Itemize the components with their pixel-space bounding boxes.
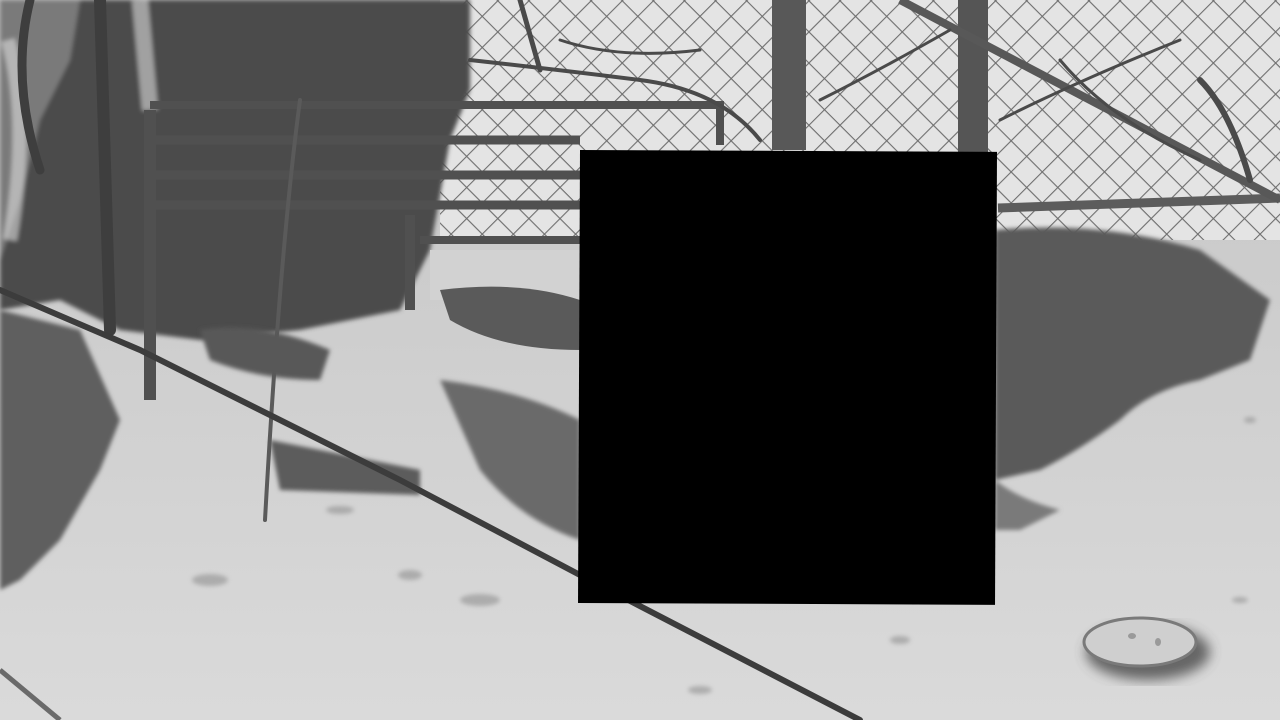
- snow-yard-photo: [0, 0, 1280, 720]
- fence-post-right: [958, 0, 988, 155]
- redaction-box: [578, 150, 997, 605]
- fence-post-left: [772, 0, 806, 150]
- dark-foliage: [0, 0, 470, 340]
